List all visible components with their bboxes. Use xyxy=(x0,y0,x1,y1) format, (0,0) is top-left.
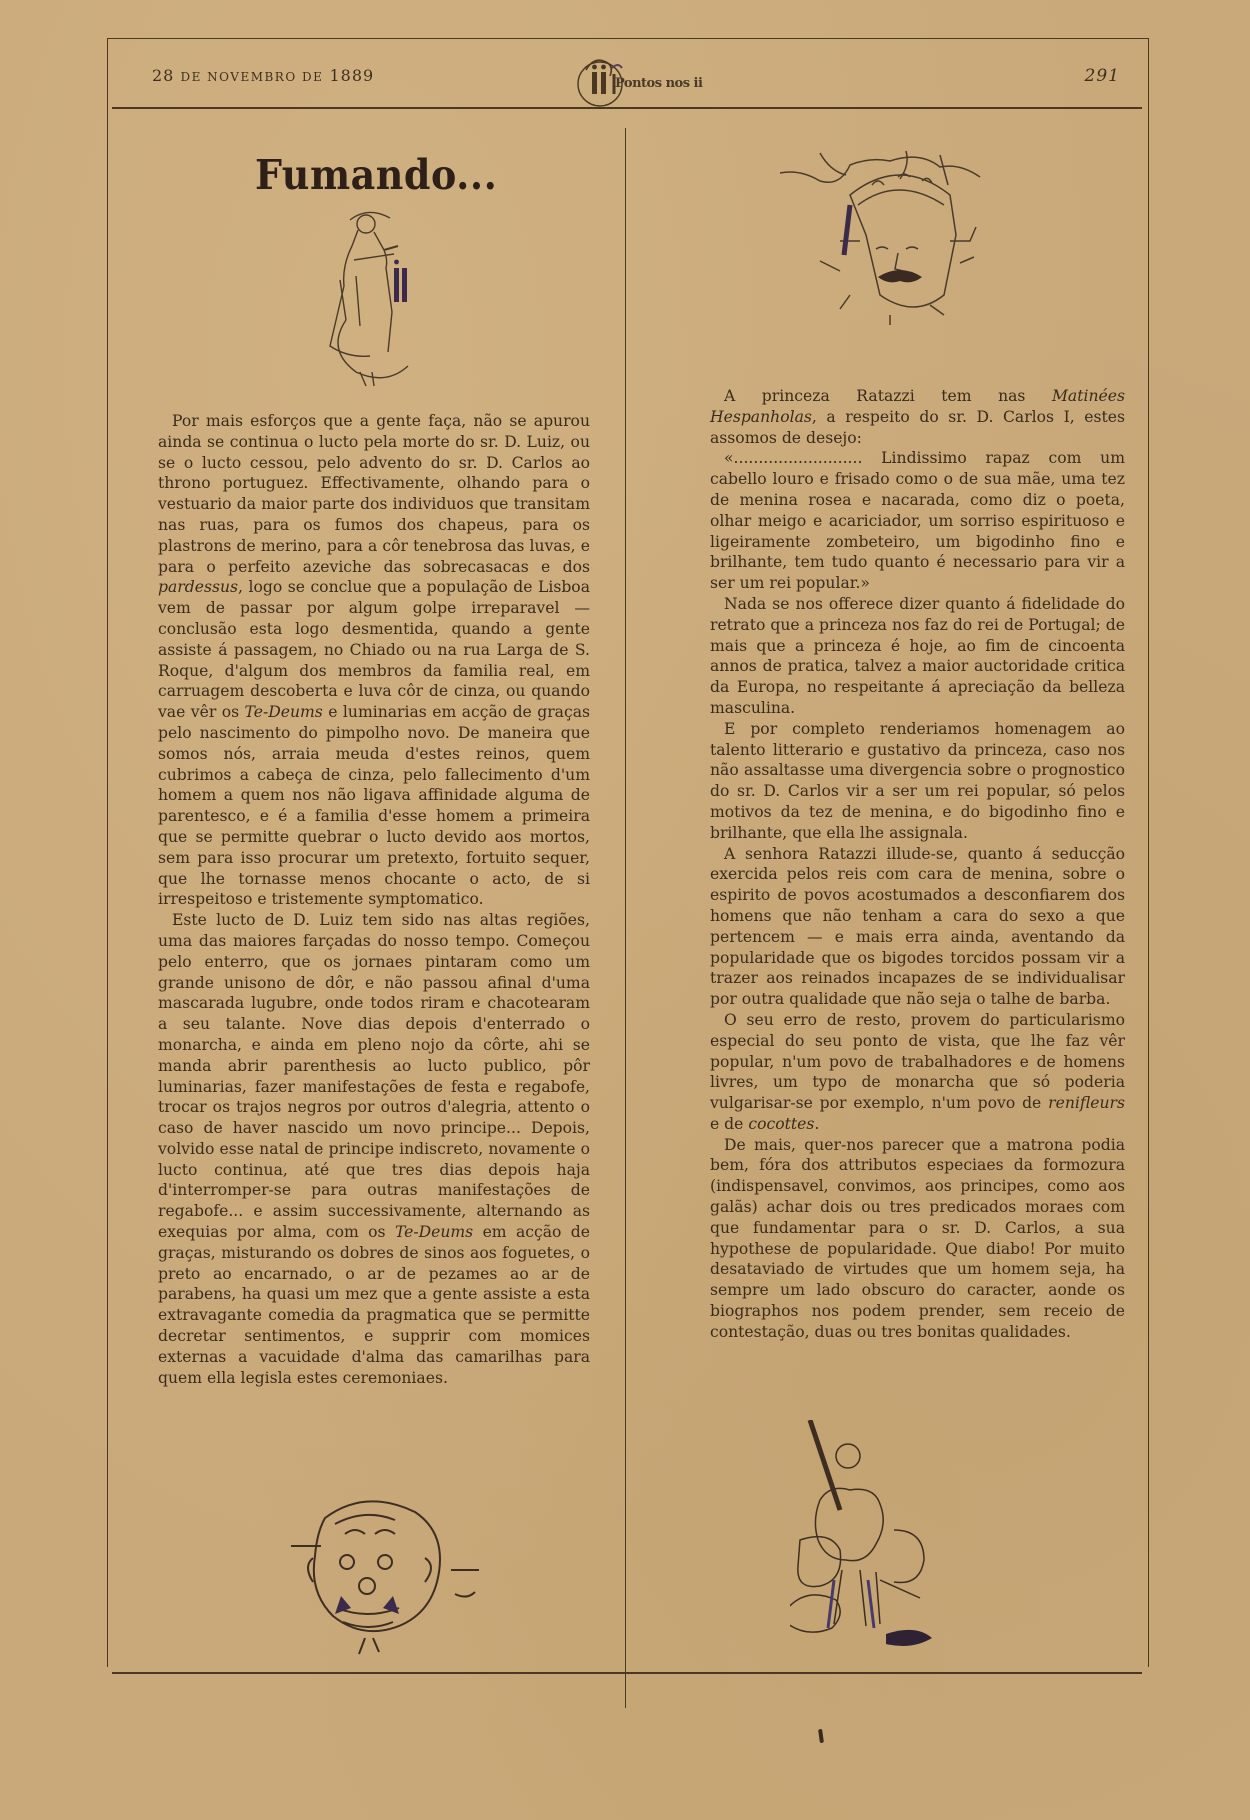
text-run: De mais, quer-nos parecer que a matrona … xyxy=(710,1136,1125,1341)
date-month: DE NOVEMBRO DE xyxy=(180,70,323,84)
paragraph: A princeza Ratazzi tem nas Matinées Hesp… xyxy=(710,386,1125,448)
paragraph: Por mais esforços que a gente faça, não … xyxy=(158,411,590,910)
text-run: A senhora Ratazzi illude-se, quanto á se… xyxy=(710,845,1125,1009)
text-run: Nada se nos offerece dizer quanto á fide… xyxy=(710,595,1125,717)
italic-term: Te-Deums xyxy=(395,1223,473,1241)
text-run: . xyxy=(814,1115,819,1133)
text-run: «.......................... Lindissimo r… xyxy=(710,449,1125,592)
text-run: Este lucto de D. Luiz tem sido nas altas… xyxy=(158,911,590,1241)
text-run: E por completo renderiamos homenagem ao … xyxy=(710,720,1125,842)
date-year: 1889 xyxy=(329,66,374,85)
issue-date: 28 DE NOVEMBRO DE 1889 xyxy=(152,66,374,85)
paragraph: A senhora Ratazzi illude-se, quanto á se… xyxy=(710,844,1125,1010)
date-day: 28 xyxy=(152,66,174,85)
page-number: 291 xyxy=(1085,66,1120,86)
paragraph: O seu erro de resto, provem do particula… xyxy=(710,1010,1125,1135)
text-run: e luminarias em acção de graças pelo nas… xyxy=(158,703,590,908)
paragraph: E por completo renderiamos homenagem ao … xyxy=(710,719,1125,844)
paragraph: De mais, quer-nos parecer que a matrona … xyxy=(710,1135,1125,1343)
crowned-king-head-illustration-icon xyxy=(780,145,1020,325)
paragraph: Nada se nos offerece dizer quanto á fide… xyxy=(710,594,1125,719)
text-run: , logo se conclue que a população de Lis… xyxy=(158,578,590,721)
smoking-woman-illustration-icon xyxy=(310,200,430,390)
article-title: Fumando... xyxy=(255,150,497,199)
quotation-paragraph: «.......................... Lindissimo r… xyxy=(710,448,1125,594)
italic-term: Te-Deums xyxy=(245,703,323,721)
italic-term: cocottes xyxy=(748,1115,814,1133)
text-run: e de xyxy=(710,1115,748,1133)
printer-mark xyxy=(818,1729,824,1743)
italic-term: renifleurs xyxy=(1048,1094,1125,1112)
footer-rule xyxy=(112,1672,1142,1674)
text-run: em acção de graças, misturando os dobres… xyxy=(158,1223,590,1387)
article-column-right: A princeza Ratazzi tem nas Matinées Hesp… xyxy=(710,386,1125,1343)
text-run: Por mais esforços que a gente faça, não … xyxy=(158,412,590,576)
masthead-title: Pontos nos ii xyxy=(615,76,702,91)
paragraph: Este lucto de D. Luiz tem sido nas altas… xyxy=(158,910,590,1388)
drummer-boy-illustration-icon xyxy=(790,1420,970,1665)
column-divider xyxy=(625,128,626,1708)
article-column-left: Por mais esforços que a gente faça, não … xyxy=(158,411,590,1388)
italic-term: pardessus xyxy=(158,578,238,596)
grotesque-mask-illustration-icon xyxy=(285,1488,485,1658)
text-run: A princeza Ratazzi tem nas xyxy=(724,387,1052,405)
